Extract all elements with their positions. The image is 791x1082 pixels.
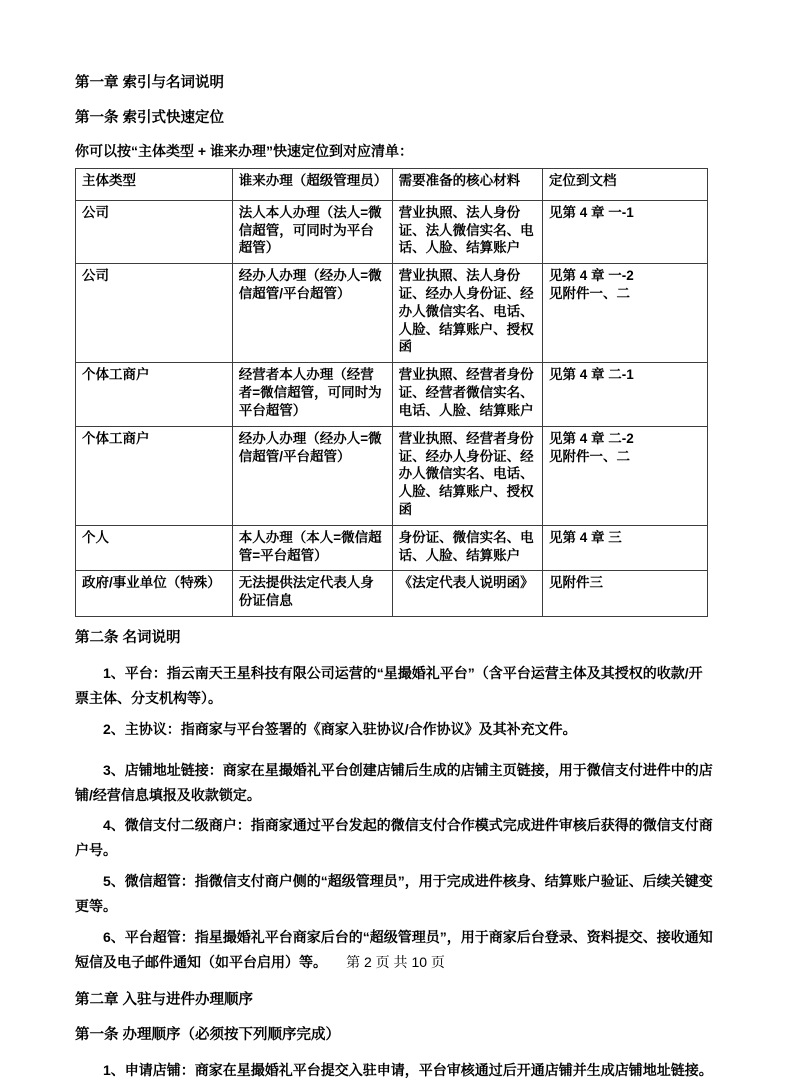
chapter-1-heading: 第一章 索引与名词说明 [75,74,715,93]
table-row: 公司 法人本人办理（法人=微信超管，可同时为平台超管） 营业执照、法人身份证、法… [76,200,708,263]
document-page: 第一章 索引与名词说明 第一条 索引式快速定位 你可以按“主体类型 + 谁来办理… [0,0,791,1024]
column-header-core-materials: 需要准备的核心材料 [392,168,542,200]
table-row: 政府/事业单位（特殊） 无法提供法定代表人身份证信息 《法定代表人说明函》 见附… [76,571,708,617]
column-header-doc-location: 定位到文档 [543,168,708,200]
table-row: 个体工商户 经营者本人办理（经营者=微信超管，可同时为平台超管） 营业执照、经营… [76,363,708,426]
cell-doc-location: 见第 4 章 一-2 见附件一、二 [543,264,708,363]
cell-who-handles: 本人办理（本人=微信超管=平台超管） [232,525,392,571]
cell-doc-location: 见第 4 章 二-2 见附件一、二 [543,426,708,525]
chapter-2-heading: 第二章 入驻与进件办理顺序 [75,991,715,1010]
cell-subject-type: 个人 [76,525,233,571]
index-table-header-row: 主体类型 谁来办理（超级管理员） 需要准备的核心材料 定位到文档 [76,168,708,200]
cell-subject-type: 个体工商户 [76,426,233,525]
cell-doc-location: 见第 4 章 三 [543,525,708,571]
page-number-footer: 第 2 页 共 10 页 [0,952,791,972]
cell-subject-type: 公司 [76,200,233,263]
term-definition-wechat-admin: 5、微信超管：指微信支付商户侧的“超级管理员”，用于完成进件核身、结算账户验证、… [75,869,715,919]
cell-who-handles: 经营者本人办理（经营者=微信超管，可同时为平台超管） [232,363,392,426]
column-header-who-handles: 谁来办理（超级管理员） [232,168,392,200]
cell-who-handles: 法人本人办理（法人=微信超管，可同时为平台超管） [232,200,392,263]
cell-who-handles: 经办人办理（经办人=微信超管/平台超管） [232,426,392,525]
table-row: 个人 本人办理（本人=微信超管=平台超管） 身份证、微信实名、电话、人脸、结算账… [76,525,708,571]
chapter-1-article-1-heading: 第一条 索引式快速定位 [75,109,715,128]
chapter-1-article-2-heading: 第二条 名词说明 [75,629,715,648]
cell-subject-type: 政府/事业单位（特殊） [76,571,233,617]
index-intro-text: 你可以按“主体类型 + 谁来办理”快速定位到对应清单： [75,141,715,161]
cell-core-materials: 营业执照、法人身份证、经办人身份证、经办人微信实名、电话、人脸、结算账户、授权函 [392,264,542,363]
table-row: 公司 经办人办理（经办人=微信超管/平台超管） 营业执照、法人身份证、经办人身份… [76,264,708,363]
term-definition-shop-link: 3、店铺地址链接：商家在星撮婚礼平台创建店铺后生成的店铺主页链接，用于微信支付进… [75,758,715,808]
table-row: 个体工商户 经办人办理（经办人=微信超管/平台超管） 营业执照、经营者身份证、经… [76,426,708,525]
chapter-2-article-1-heading: 第一条 办理顺序（必须按下列顺序完成） [75,1026,715,1045]
cell-subject-type: 公司 [76,264,233,363]
column-header-subject-type: 主体类型 [76,168,233,200]
cell-doc-location: 见第 4 章 二-1 [543,363,708,426]
cell-who-handles: 经办人办理（经办人=微信超管/平台超管） [232,264,392,363]
cell-core-materials: 营业执照、经营者身份证、经营者微信实名、电话、人脸、结算账户 [392,363,542,426]
process-step-apply-shop: 1、申请店铺：商家在星撮婚礼平台提交入驻申请，平台审核通过后开通店铺并生成店铺地… [75,1058,715,1082]
term-definition-platform: 1、平台：指云南天王星科技有限公司运营的“星撮婚礼平台”（含平台运营主体及其授权… [75,661,715,711]
cell-core-materials: 营业执照、经营者身份证、经办人身份证、经办人微信实名、电话、人脸、结算账户、授权… [392,426,542,525]
cell-core-materials: 身份证、微信实名、电话、人脸、结算账户 [392,525,542,571]
cell-who-handles: 无法提供法定代表人身份证信息 [232,571,392,617]
cell-doc-location: 见附件三 [543,571,708,617]
cell-core-materials: 《法定代表人说明函》 [392,571,542,617]
term-definition-wechat-sub-merchant: 4、微信支付二级商户：指商家通过平台发起的微信支付合作模式完成进件审核后获得的微… [75,813,715,863]
term-definition-master-agreement: 2、主协议：指商家与平台签署的《商家入驻协议/合作协议》及其补充文件。 [75,717,715,742]
cell-subject-type: 个体工商户 [76,363,233,426]
index-table: 主体类型 谁来办理（超级管理员） 需要准备的核心材料 定位到文档 公司 法人本人… [75,168,708,617]
cell-doc-location: 见第 4 章 一-1 [543,200,708,263]
cell-core-materials: 营业执照、法人身份证、法人微信实名、电话、人脸、结算账户 [392,200,542,263]
